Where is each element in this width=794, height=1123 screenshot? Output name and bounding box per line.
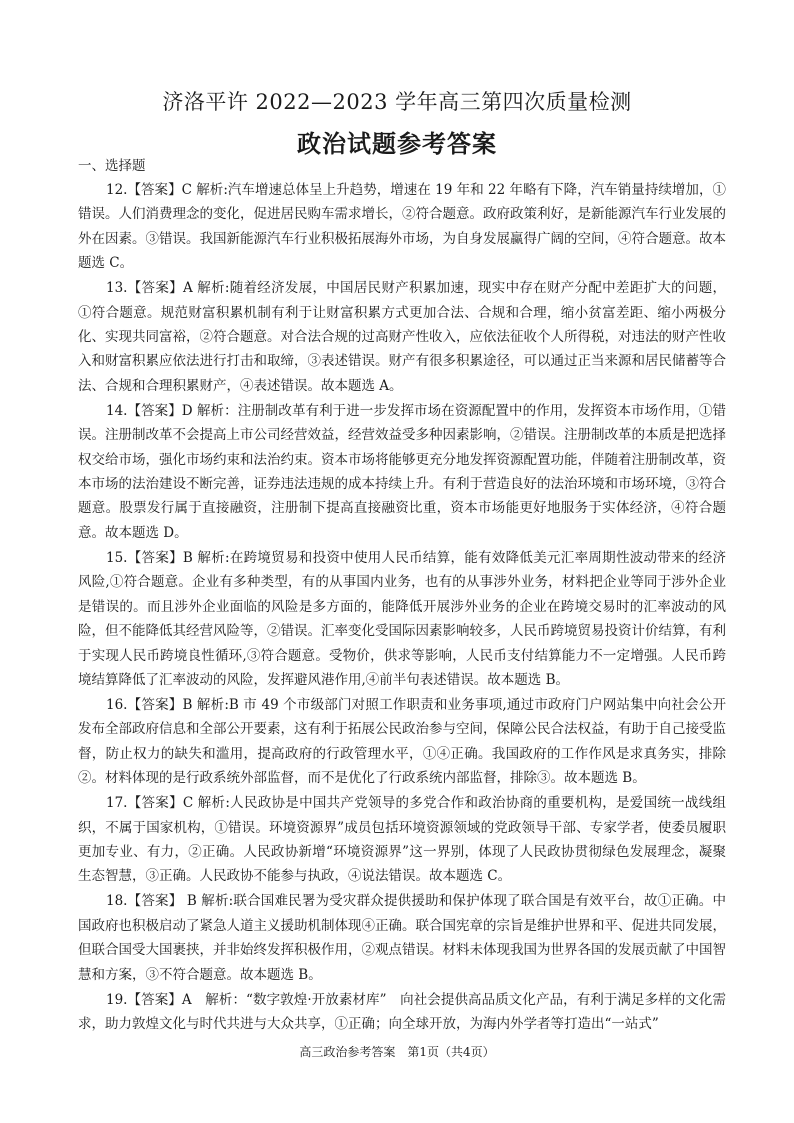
exam-title: 济洛平许 2022—2023 学年高三第四次质量检测	[0, 86, 794, 116]
answer-item-19: 19.【答案】A 解析：“数字敦煌·开放素材库” 向社会提供高品质文化产品，有利…	[78, 988, 726, 1037]
answer-item-18: 18.【答案】 B 解析:联合国难民署为受灾群众提供援助和保护体现了联合国是有效…	[78, 889, 726, 987]
answer-list: 12.【答案】C 解析:汽车增速总体呈上升趋势，增速在 19 年和 22 年略有…	[78, 178, 726, 1037]
answer-item-12: 12.【答案】C 解析:汽车增速总体呈上升趋势，增速在 19 年和 22 年略有…	[78, 178, 726, 276]
answer-item-17: 17.【答案】C 解析:人民政协是中国共产党领导的多党合作和政治协商的重要机构，…	[78, 791, 726, 889]
answer-item-16: 16.【答案】B 解析:B 市 49 个市级部门对照工作职责和业务事项,通过市政…	[78, 693, 726, 791]
section-heading: 一、选择题	[78, 154, 146, 174]
answer-item-15: 15.【答案】B 解析:在跨境贸易和投资中使用人民币结算，能有效降低美元汇率周期…	[78, 546, 726, 692]
answer-item-13: 13.【答案】A 解析:随着经济发展，中国居民财产积累加速，现实中存在财产分配中…	[78, 276, 726, 398]
answer-item-14: 14.【答案】D 解析：注册制改革有利于进一步发挥市场在资源配置中的作用，发挥资…	[78, 399, 726, 545]
page-footer: 高三政治参考答案 第1页（共4页）	[0, 1043, 794, 1060]
document-page: 济洛平许 2022—2023 学年高三第四次质量检测 政治试题参考答案 一、选择…	[0, 0, 794, 1123]
